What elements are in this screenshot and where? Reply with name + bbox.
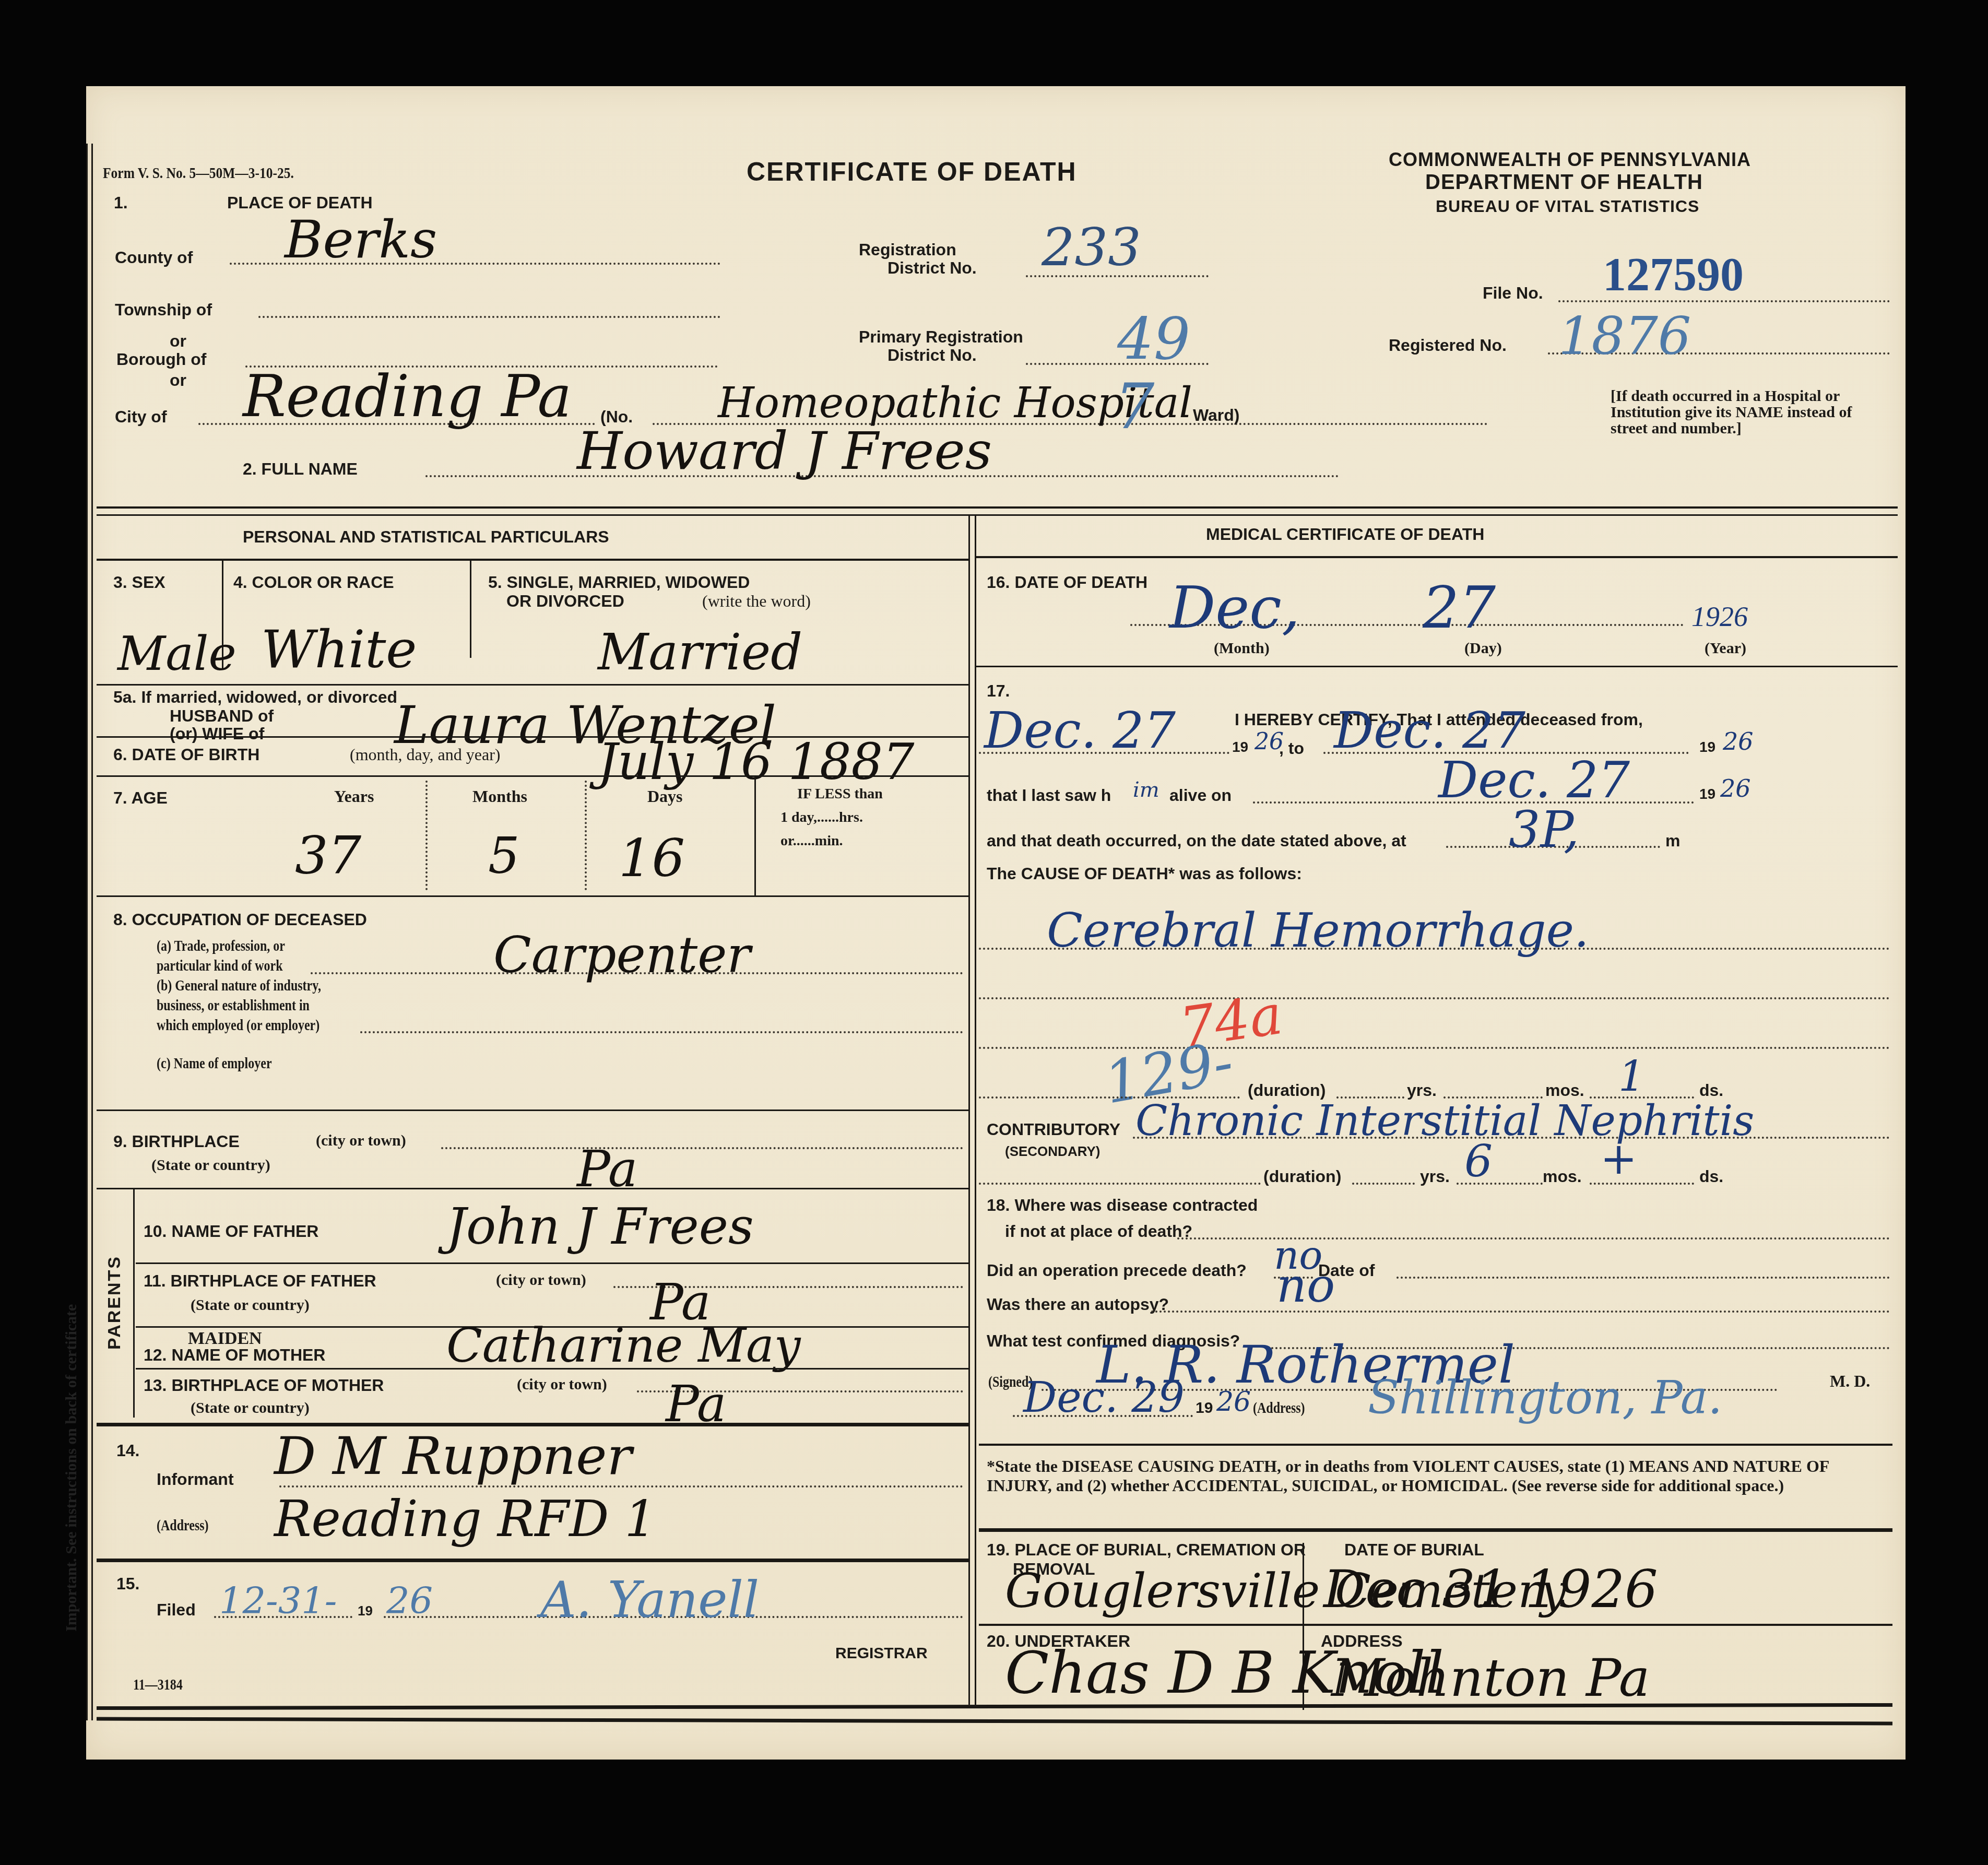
or-label-1: or bbox=[170, 332, 186, 351]
signed-date-value: Dec. 29 bbox=[1023, 1373, 1185, 1422]
sex-label: 3. SEX bbox=[113, 573, 165, 592]
month-caption: (Month) bbox=[1214, 640, 1270, 657]
dob-hint: (month, day, and year) bbox=[350, 745, 500, 764]
spouse-label-3: (or) WIFE of bbox=[170, 724, 264, 743]
less-than-label-2: 1 day,......hrs. bbox=[780, 809, 863, 826]
birthplace-hint-1: (city or town) bbox=[316, 1132, 406, 1150]
race-label: 4. COLOR OR RACE bbox=[233, 573, 394, 592]
undertaker-address-value: Mohnton Pa bbox=[1331, 1647, 1650, 1708]
file-number-value: 127590 bbox=[1603, 248, 1744, 302]
section-1-number: 1. bbox=[114, 193, 128, 213]
ward-value: 7 bbox=[1115, 371, 1154, 443]
mother-birthplace-hint-2: (State or country) bbox=[191, 1399, 310, 1417]
operation-label: Did an operation precede death? bbox=[987, 1261, 1247, 1280]
secondary-label: (SECONDARY) bbox=[1005, 1143, 1100, 1160]
agency-line-3: BUREAU OF VITAL STATISTICS bbox=[1436, 197, 1699, 216]
township-label: Township of bbox=[115, 300, 212, 320]
burial-date-value: Dec 31 1926 bbox=[1323, 1559, 1658, 1620]
burial-date-label: DATE OF BURIAL bbox=[1344, 1540, 1484, 1560]
age-years-label: Years bbox=[334, 787, 374, 806]
agency-line-2: DEPARTMENT OF HEALTH bbox=[1425, 171, 1703, 194]
county-value: Berks bbox=[285, 209, 437, 270]
burial-place-label-1: 19. PLACE OF BURIAL, CREMATION OR bbox=[987, 1540, 1306, 1560]
to-label: , to bbox=[1279, 739, 1304, 758]
mother-birthplace-hint-1: (city or town) bbox=[517, 1376, 607, 1394]
hospital-note: [If death occurred in a Hospital or Inst… bbox=[1611, 388, 1882, 436]
filed-date-value: 12-31- bbox=[219, 1579, 337, 1622]
cause-of-death-value: Cerebral Hemorrhage. bbox=[1047, 903, 1589, 958]
sex-value: Male bbox=[117, 627, 236, 681]
section-17-number: 17. bbox=[987, 681, 1010, 701]
occupation-a-label-2: particular kind of work bbox=[157, 957, 283, 975]
left-border bbox=[86, 144, 88, 1720]
death-certificate: Important. See instructions on back of c… bbox=[86, 86, 1906, 1760]
father-birthplace-hint-1: (city or town) bbox=[496, 1271, 586, 1289]
dob-value: July 16 1887 bbox=[598, 734, 914, 791]
contracted-label-1: 18. Where was disease contracted bbox=[987, 1196, 1258, 1215]
or-label-2: or bbox=[170, 371, 186, 390]
city-value: Reading Pa bbox=[243, 363, 572, 430]
marital-status-hint: (write the word) bbox=[702, 592, 811, 611]
column-divider bbox=[968, 514, 970, 1705]
registration-district-label-1: Registration bbox=[859, 240, 956, 259]
less-than-label-3: or......min. bbox=[780, 833, 843, 849]
marital-status-label-2: OR DIVORCED bbox=[506, 592, 624, 611]
medical-section-title: MEDICAL CERTIFICATE OF DEATH bbox=[1206, 525, 1484, 544]
time-of-death-label: and that death occurred, on the date sta… bbox=[987, 831, 1406, 851]
age-years-value: 37 bbox=[295, 825, 361, 886]
city-label: City of bbox=[115, 407, 167, 427]
dob-label: 6. DATE OF BIRTH bbox=[113, 745, 259, 764]
registration-district-label-2: District No. bbox=[887, 258, 977, 278]
signed-year-value: 26 bbox=[1216, 1386, 1251, 1418]
cause-duration-days: 1 bbox=[1618, 1052, 1645, 1101]
informant-address-label: (Address) bbox=[157, 1517, 209, 1535]
day-caption: (Day) bbox=[1464, 640, 1502, 657]
informant-label: Informant bbox=[157, 1470, 234, 1489]
section-14-number: 14. bbox=[116, 1441, 139, 1460]
autopsy-value: no bbox=[1276, 1258, 1335, 1313]
death-month-value: Dec, bbox=[1169, 574, 1300, 641]
attended-from-value: Dec. 27 bbox=[984, 702, 1176, 760]
contrib-mos-label: mos. bbox=[1543, 1167, 1582, 1186]
marital-status-label-1: 5. SINGLE, MARRIED, WIDOWED bbox=[488, 573, 750, 592]
registered-number-value: 1876 bbox=[1558, 305, 1691, 367]
attended-to-value: Dec. 27 bbox=[1334, 702, 1525, 760]
last-saw-year: 26 bbox=[1720, 774, 1751, 802]
section-15-number: 15. bbox=[116, 1574, 139, 1593]
occupation-value: Carpenter bbox=[493, 927, 751, 984]
ward-label: Ward) bbox=[1193, 406, 1239, 425]
contrib-ds-label: ds. bbox=[1699, 1167, 1723, 1186]
primary-registration-label-2: District No. bbox=[887, 346, 977, 365]
last-saw-pronoun: im bbox=[1133, 778, 1159, 802]
certificate-title: CERTIFICATE OF DEATH bbox=[747, 157, 1077, 187]
birthplace-hint-2: (State or country) bbox=[151, 1156, 270, 1174]
physician-address-label: (Address) bbox=[1253, 1399, 1305, 1417]
occupation-b-label-2: business, or establishment in bbox=[157, 997, 310, 1014]
md-label: M. D. bbox=[1830, 1372, 1870, 1391]
occupation-b-label-1: (b) General nature of industry, bbox=[157, 977, 321, 995]
contracted-label-2: if not at place of death? bbox=[1005, 1222, 1192, 1241]
cause-of-death-label: The CAUSE OF DEATH* was as follows: bbox=[987, 864, 1302, 883]
occupation-b-label-3: which employed (or employer) bbox=[157, 1017, 319, 1034]
print-code: 11—3184 bbox=[133, 1676, 183, 1694]
physician-address-value: Shillington, Pa. bbox=[1368, 1371, 1722, 1424]
attended-to-year-prefix: 19 bbox=[1699, 739, 1715, 756]
attended-from-year-prefix: 19 bbox=[1232, 739, 1248, 756]
marital-status-value: Married bbox=[598, 624, 802, 681]
registration-district-value: 233 bbox=[1042, 217, 1141, 278]
contrib-duration-label: (duration) bbox=[1263, 1167, 1341, 1186]
age-months-value: 5 bbox=[488, 828, 519, 885]
time-suffix: m bbox=[1665, 831, 1680, 851]
mother-name-value: Catharine May bbox=[446, 1318, 801, 1373]
last-saw-year-prefix: 19 bbox=[1699, 786, 1715, 802]
borough-label: Borough of bbox=[116, 350, 206, 369]
father-name-label: 10. NAME OF FATHER bbox=[144, 1222, 318, 1241]
agency-line-1: COMMONWEALTH OF PENNSYLVANIA bbox=[1389, 149, 1751, 171]
registered-number-label: Registered No. bbox=[1389, 336, 1507, 355]
side-instructions-note: Important. See instructions on back of c… bbox=[63, 1304, 80, 1632]
time-of-death-value: 3P, bbox=[1509, 801, 1579, 859]
primary-registration-value: 49 bbox=[1117, 305, 1190, 372]
contrib-duration-yrs-value: 6 bbox=[1464, 1136, 1493, 1187]
county-label: County of bbox=[115, 248, 193, 267]
last-saw-value: Dec. 27 bbox=[1438, 752, 1630, 809]
birthplace-label: 9. BIRTHPLACE bbox=[113, 1132, 240, 1151]
occupation-c-label: (c) Name of employer bbox=[157, 1055, 272, 1072]
cause-footnote: *State the DISEASE CAUSING DEATH, or in … bbox=[987, 1457, 1885, 1495]
mother-birthplace-label: 13. BIRTHPLACE OF MOTHER bbox=[144, 1376, 384, 1395]
informant-name-value: D M Ruppner bbox=[274, 1425, 632, 1486]
attended-to-year: 26 bbox=[1723, 727, 1754, 756]
age-months-label: Months bbox=[472, 787, 527, 806]
autopsy-label: Was there an autopsy? bbox=[987, 1295, 1169, 1314]
less-than-label-1: IF LESS than bbox=[797, 786, 883, 802]
race-value: White bbox=[261, 619, 417, 680]
age-label: 7. AGE bbox=[113, 788, 168, 808]
filed-year-prefix: 19 bbox=[358, 1603, 373, 1619]
spouse-label-2: HUSBAND of bbox=[170, 706, 274, 726]
birthplace-value: Pa bbox=[577, 1141, 637, 1198]
contrib-duration-mos-value: + bbox=[1600, 1133, 1637, 1185]
contributory-label: CONTRIBUTORY bbox=[987, 1120, 1120, 1139]
informant-address-value: Reading RFD 1 bbox=[274, 1491, 656, 1548]
death-day-value: 27 bbox=[1423, 574, 1496, 641]
left-border-inner bbox=[91, 144, 93, 1720]
father-name-value: John J Frees bbox=[446, 1198, 754, 1256]
father-birthplace-hint-2: (State or country) bbox=[191, 1296, 310, 1314]
full-name-label: 2. FULL NAME bbox=[243, 459, 358, 479]
age-days-label: Days bbox=[647, 787, 683, 806]
occupation-label: 8. OCCUPATION OF DECEASED bbox=[113, 910, 367, 929]
file-number-label: File No. bbox=[1483, 284, 1543, 303]
signed-year-prefix: 19 bbox=[1196, 1399, 1213, 1417]
spouse-label-1: 5a. If married, widowed, or divorced bbox=[113, 688, 397, 707]
primary-registration-label-1: Primary Registration bbox=[859, 327, 1023, 347]
parents-group-label: PARENTS bbox=[104, 1255, 125, 1350]
date-of-death-label: 16. DATE OF DEATH bbox=[987, 573, 1147, 592]
death-year-value: 1926 bbox=[1691, 600, 1748, 633]
occupation-a-label-1: (a) Trade, profession, or bbox=[157, 937, 285, 955]
age-days-value: 16 bbox=[619, 828, 685, 889]
last-saw-label-2: alive on bbox=[1169, 786, 1232, 805]
mother-name-label: 12. NAME OF MOTHER bbox=[144, 1345, 325, 1365]
personal-section-title: PERSONAL AND STATISTICAL PARTICULARS bbox=[243, 527, 609, 547]
last-saw-label-1: that I last saw h bbox=[987, 786, 1111, 805]
registrar-signature: A. Yanell bbox=[540, 1572, 759, 1629]
year-caption: (Year) bbox=[1705, 640, 1746, 657]
contributory-value: Chronic Interstitial Nephritis bbox=[1135, 1096, 1754, 1145]
full-name-value: Howard J Frees bbox=[577, 420, 992, 481]
contrib-yrs-label: yrs. bbox=[1420, 1167, 1450, 1186]
registrar-label: REGISTRAR bbox=[835, 1645, 928, 1662]
filed-label: Filed bbox=[157, 1600, 196, 1620]
form-number: Form V. S. No. 5—50M—3-10-25. bbox=[103, 164, 294, 182]
father-birthplace-label: 11. BIRTHPLACE OF FATHER bbox=[144, 1271, 376, 1291]
